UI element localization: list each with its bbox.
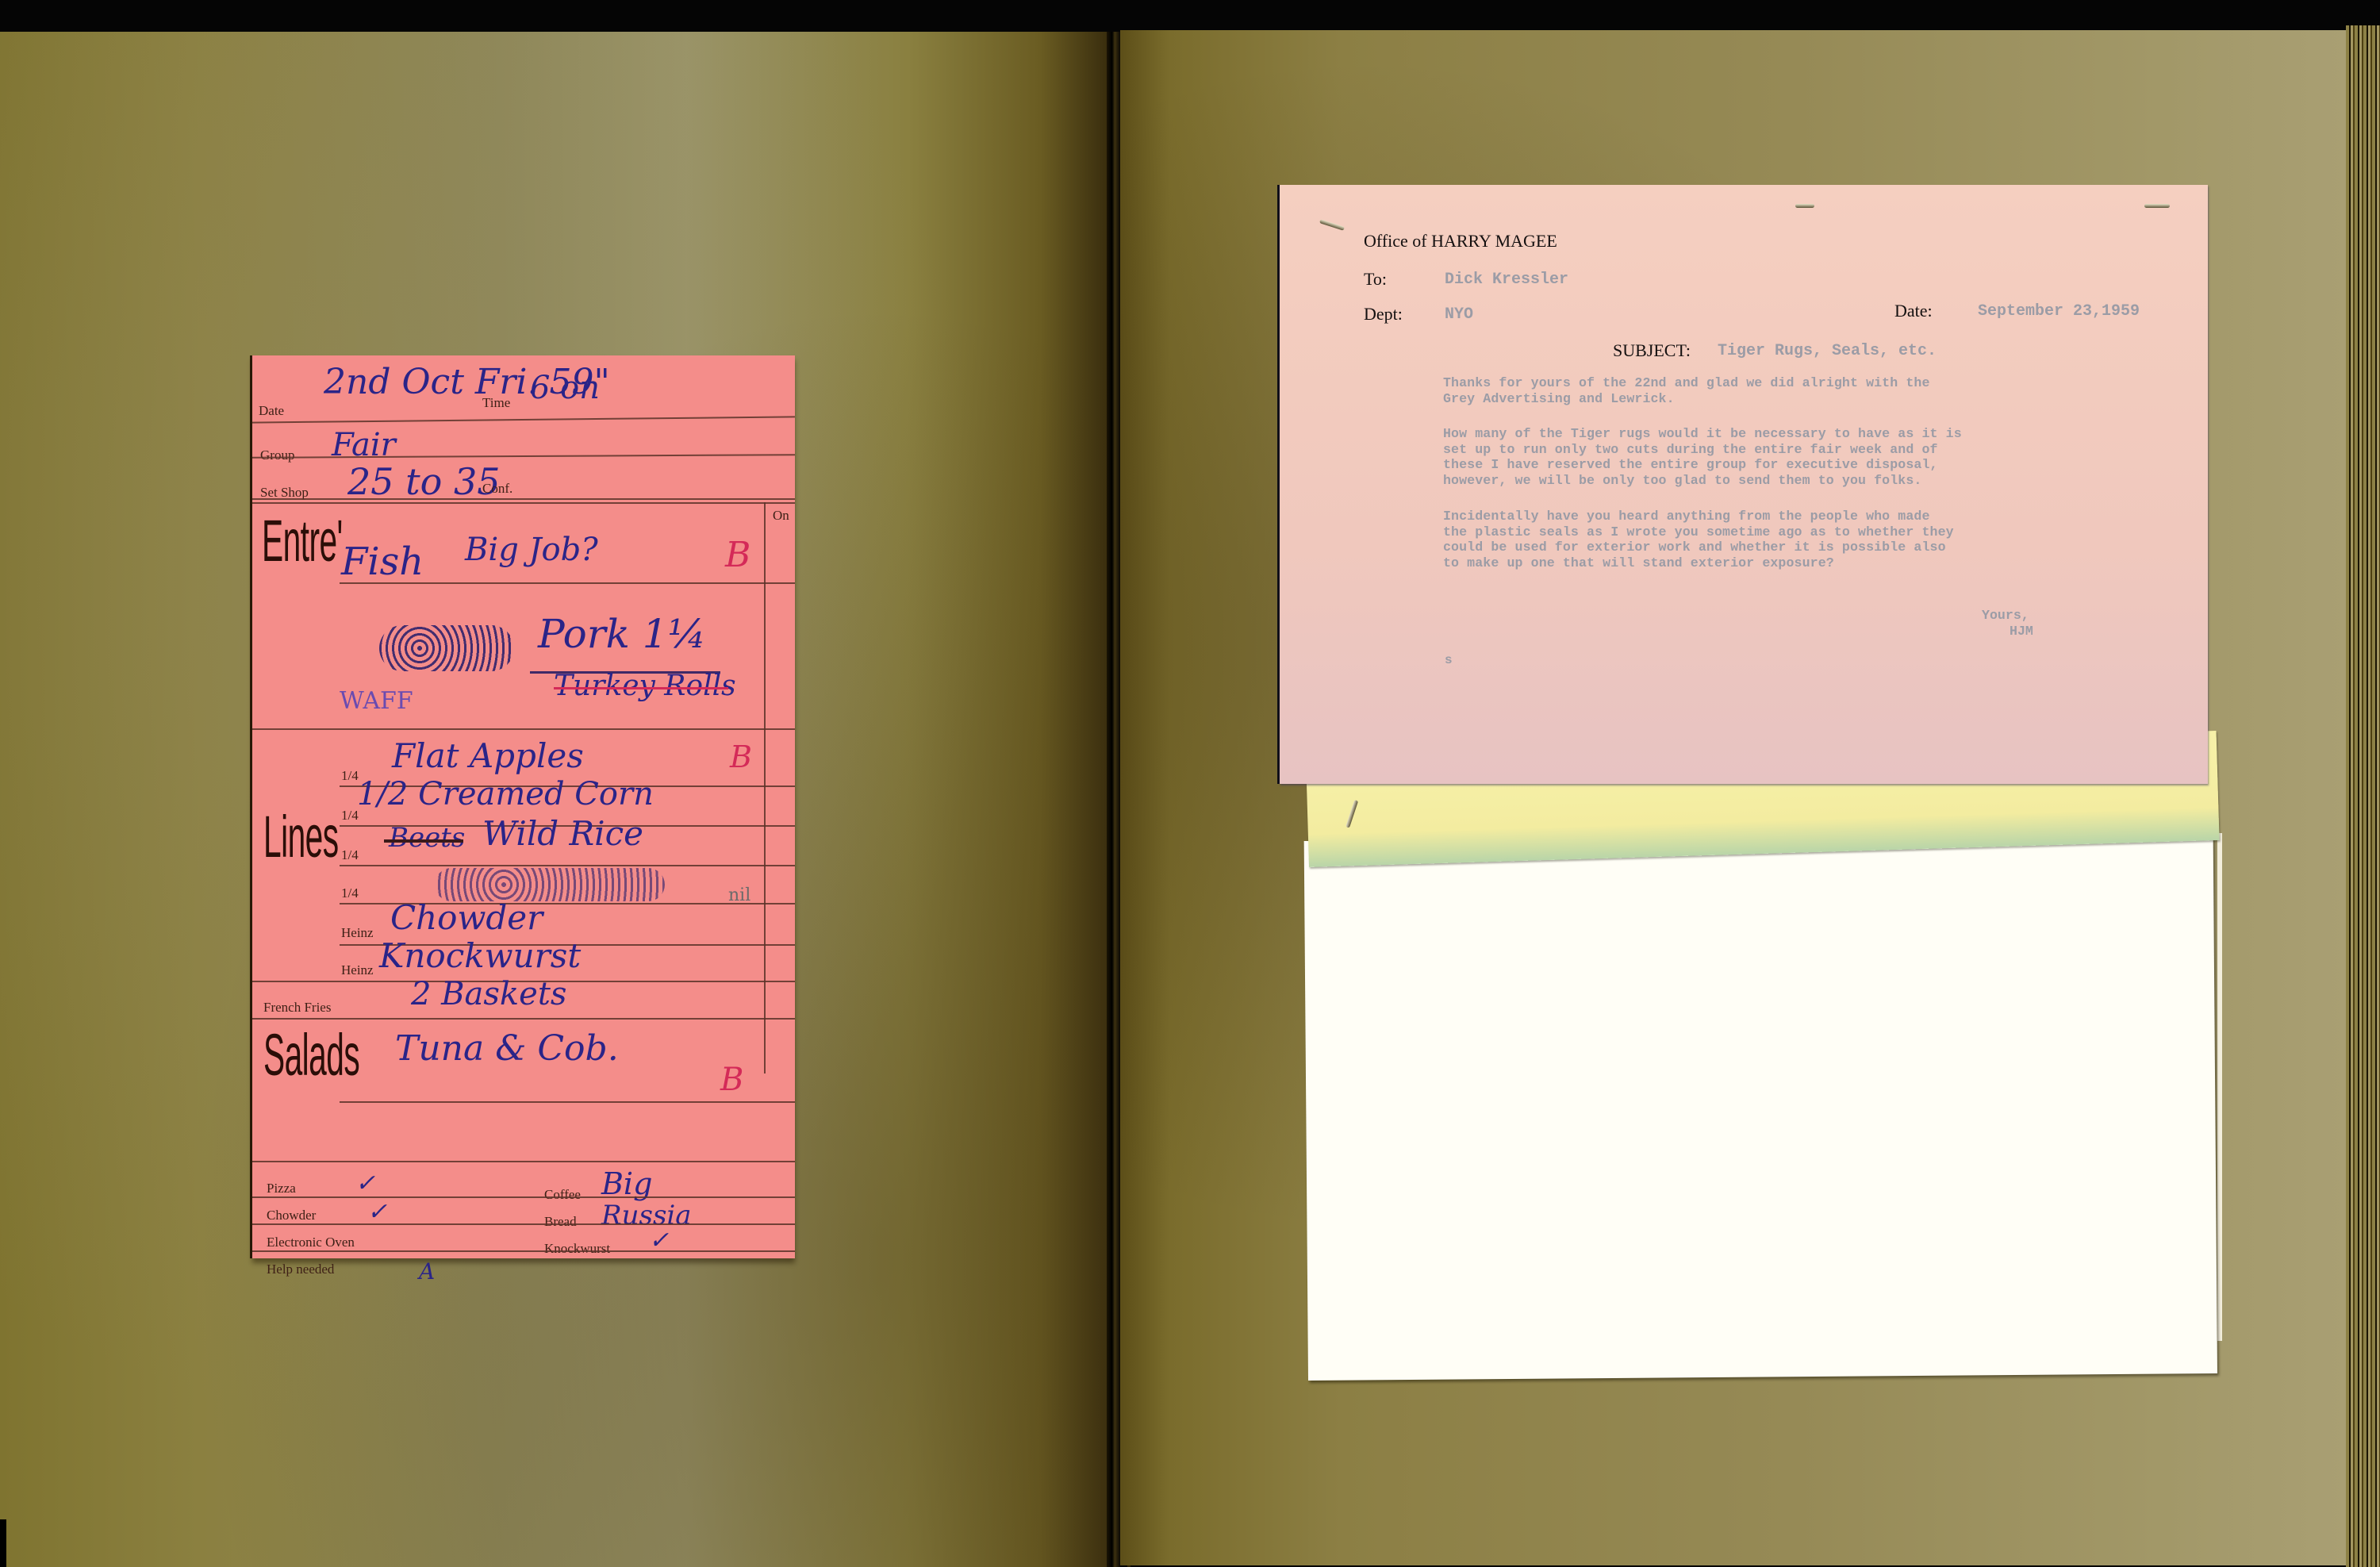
label-group: Group bbox=[260, 447, 294, 463]
line-item: 1/2 Creamed Corn bbox=[357, 776, 654, 812]
label-time: Time bbox=[482, 395, 510, 411]
line-item: Flat Apples bbox=[392, 736, 584, 775]
memo-line: to make up one that will stand exterior … bbox=[1443, 555, 1954, 571]
rule bbox=[252, 1250, 795, 1252]
rule bbox=[252, 1223, 795, 1225]
album-spine bbox=[1107, 32, 1120, 1567]
strikethrough bbox=[384, 839, 463, 843]
memo-pink-carbon: Office of HARRY MAGEE To: Dick Kressler … bbox=[1280, 185, 2208, 784]
handwritten-entre-2-note: WAFF bbox=[340, 687, 413, 715]
label-bread: Bread bbox=[544, 1214, 577, 1230]
handwritten-french-fries: 2 Baskets bbox=[411, 976, 566, 1012]
order-card: Date 2nd Oct Fri. 59" Time 6 on Group Fa… bbox=[252, 355, 795, 1258]
memo-paragraph-3: Incidentally have you heard anything fro… bbox=[1443, 509, 1954, 570]
memo-to-value: Dick Kressler bbox=[1445, 271, 1568, 289]
memo-paragraph-1: Thanks for yours of the 22nd and glad we… bbox=[1443, 375, 1930, 406]
memo-line: these I have reserved the entire group f… bbox=[1443, 457, 1962, 473]
memo-line: set up to run only two cuts during the e… bbox=[1443, 442, 1962, 458]
memo-line: the plastic seals as I wrote you sometim… bbox=[1443, 524, 1954, 540]
handwritten-salads: Tuna & Cob. bbox=[395, 1028, 619, 1069]
rule bbox=[252, 728, 795, 730]
line-qty: Heinz bbox=[341, 925, 374, 941]
handwritten-set-shop: 25 to 35 bbox=[347, 460, 501, 503]
line-qty: 1/4 bbox=[341, 808, 359, 824]
line-item: Chowder bbox=[390, 898, 543, 937]
memo-line: Thanks for yours of the 22nd and glad we… bbox=[1443, 375, 1930, 391]
memo-footer-mark: s bbox=[1445, 653, 1453, 667]
rule bbox=[340, 582, 795, 584]
rule bbox=[340, 865, 795, 866]
memo-white-copy-edge bbox=[2217, 833, 2222, 1341]
rule bbox=[252, 1161, 795, 1162]
rule bbox=[340, 1101, 795, 1103]
memo-date-label: Date: bbox=[1894, 301, 1933, 321]
red-strikethrough bbox=[554, 687, 728, 689]
memo-white-copy bbox=[1304, 834, 2217, 1381]
rule bbox=[252, 1196, 795, 1198]
memo-subject-label: SUBJECT: bbox=[1613, 340, 1691, 361]
staple-icon bbox=[1319, 219, 1345, 231]
label-pizza: Pizza bbox=[267, 1181, 296, 1196]
line-qty: 1/4 bbox=[341, 885, 359, 901]
scribbled-out-entry bbox=[379, 625, 514, 671]
staple-icon bbox=[2144, 204, 2170, 208]
memo-to-label: To: bbox=[1364, 269, 1387, 290]
label-coffee: Coffee bbox=[544, 1187, 581, 1203]
rule bbox=[252, 416, 795, 423]
memo-office-of: Office of HARRY MAGEE bbox=[1364, 231, 1557, 252]
memo-initials: HJM bbox=[2010, 624, 2033, 639]
line-qty-handwritten: 1/2 bbox=[357, 776, 408, 812]
staple-icon bbox=[1795, 204, 1814, 208]
memo-line: Grey Advertising and Lewrick. bbox=[1443, 391, 1930, 407]
label-chowder: Chowder bbox=[267, 1208, 316, 1223]
line-qty: 1/4 bbox=[341, 847, 359, 863]
line-item: Wild Rice bbox=[482, 814, 643, 853]
handwritten-bread: Russia bbox=[601, 1200, 692, 1231]
on-mark-line-1: B bbox=[730, 739, 752, 774]
handwritten-entre-2-struck: Turkey Rolls bbox=[554, 670, 736, 702]
line-qty: Heinz bbox=[341, 962, 374, 978]
line-qty: 1/4 bbox=[341, 768, 359, 784]
on-column-divider bbox=[764, 502, 766, 1073]
corner-shadow bbox=[0, 1519, 6, 1567]
check-pizza: ✓ bbox=[355, 1169, 375, 1197]
scribbled-out-entry bbox=[435, 868, 665, 901]
memo-dept-label: Dept: bbox=[1364, 304, 1403, 325]
label-on: On bbox=[773, 508, 789, 524]
memo-line: however, we will be only too glad to sen… bbox=[1443, 473, 1962, 489]
section-entre: Entre' bbox=[262, 512, 343, 570]
memo-line: How many of the Tiger rugs would it be n… bbox=[1443, 426, 1962, 442]
rule bbox=[252, 502, 795, 504]
section-lines: Lines bbox=[263, 808, 339, 866]
on-mark-salads: B bbox=[720, 1062, 743, 1098]
line-item-struck: Beets bbox=[389, 822, 465, 854]
label-date: Date bbox=[259, 403, 284, 419]
handwritten-help-needed: A bbox=[419, 1258, 435, 1285]
label-knockwurst: Knockwurst bbox=[544, 1241, 610, 1257]
handwritten-entre-1-note: Big Job? bbox=[465, 532, 598, 568]
label-electronic-oven: Electronic Oven bbox=[267, 1235, 355, 1250]
handwritten-time: 6 on bbox=[530, 370, 600, 406]
rule bbox=[252, 498, 795, 500]
label-french-fries: French Fries bbox=[263, 1000, 331, 1016]
on-mark-entre-1: B bbox=[725, 535, 750, 575]
handwritten-entre-1: Fish bbox=[341, 540, 424, 584]
label-conf: Conf. bbox=[482, 481, 512, 497]
memo-line: Incidentally have you heard anything fro… bbox=[1443, 509, 1954, 524]
line-item: Knockwurst bbox=[379, 936, 581, 975]
memo-line: could be used for exterior work and whet… bbox=[1443, 540, 1954, 555]
rule bbox=[252, 1018, 795, 1020]
handwritten-entre-2: Pork 1¼ bbox=[538, 611, 706, 657]
section-salads: Salads bbox=[263, 1026, 359, 1085]
memo-dept-value: NYO bbox=[1445, 305, 1473, 324]
label-help-needed: Help needed bbox=[267, 1262, 334, 1277]
memo-paragraph-2: How many of the Tiger rugs would it be n… bbox=[1443, 426, 1962, 488]
memo-date-value: September 23,1959 bbox=[1978, 302, 2140, 321]
staple-icon bbox=[1345, 800, 1358, 828]
memo-closing: Yours, bbox=[1982, 608, 2029, 623]
check-chowder: ✓ bbox=[367, 1198, 387, 1226]
memo-subject-value: Tiger Rugs, Seals, etc. bbox=[1718, 342, 1937, 360]
album-page-stack bbox=[2346, 25, 2380, 1567]
line-item-text: Creamed Corn bbox=[418, 776, 654, 812]
